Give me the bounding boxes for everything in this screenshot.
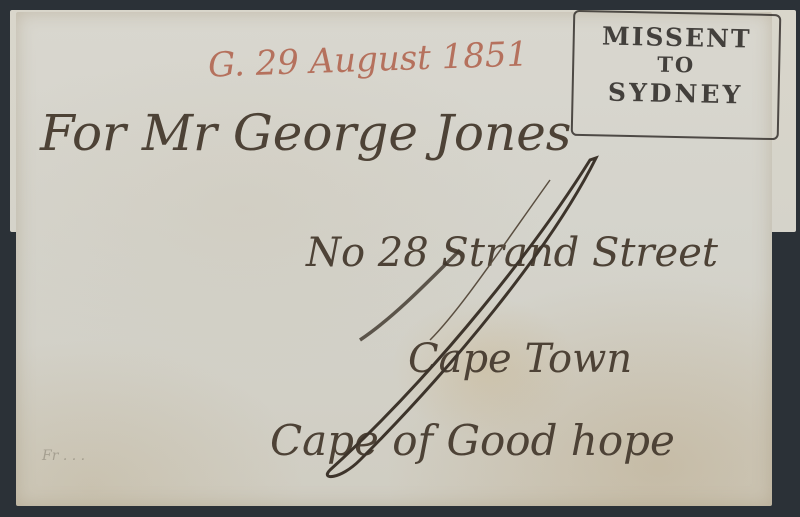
handstamp-line-3: SYDNEY bbox=[573, 79, 777, 108]
manuscript-rate-mark-icon bbox=[300, 140, 620, 490]
pencil-note: Fr . . . bbox=[42, 448, 85, 464]
handstamp-line-1: MISSENT bbox=[575, 23, 779, 52]
handstamp-line-2: TO bbox=[574, 52, 778, 77]
missent-to-sydney-handstamp: MISSENT TO SYDNEY bbox=[571, 10, 782, 140]
